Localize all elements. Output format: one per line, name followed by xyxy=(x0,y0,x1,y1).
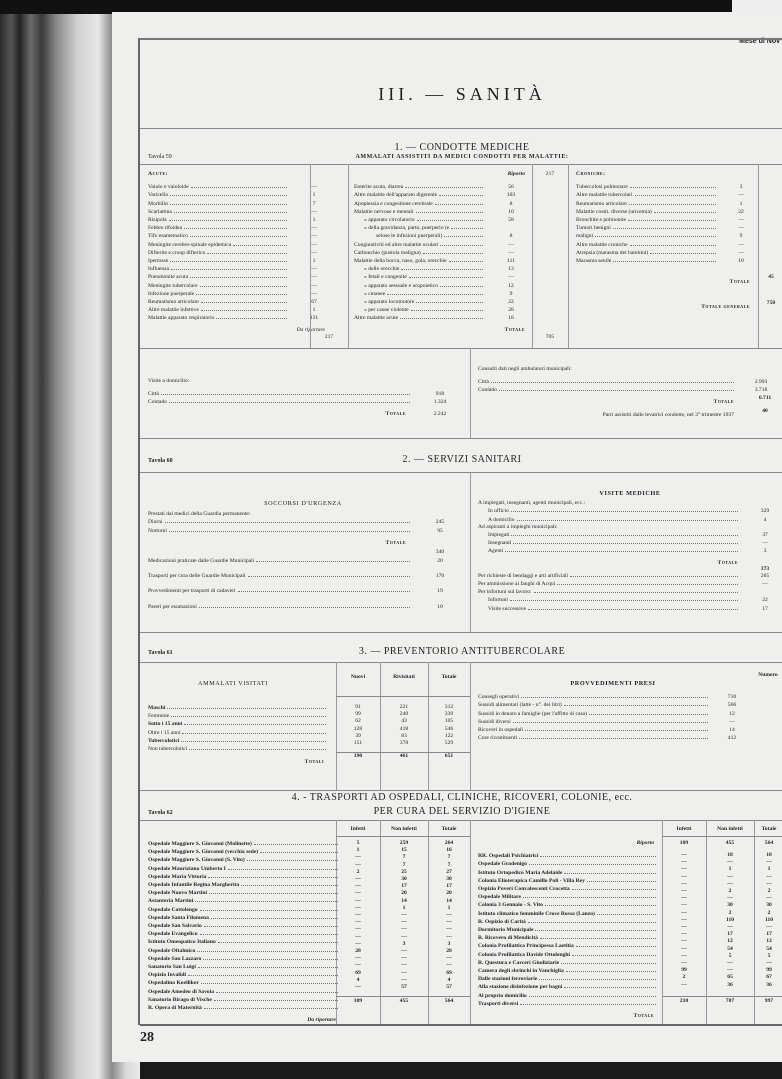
dot-leader xyxy=(228,865,338,870)
cell-value: — xyxy=(336,955,380,962)
column-header: Nuovi xyxy=(336,674,380,680)
list-item: Scarlattina— xyxy=(148,208,333,216)
row-label: R. Questura e Carceri Giudiziarie xyxy=(478,960,559,967)
consults-label: Consulti dati negli ambulatori municipal… xyxy=(478,366,778,373)
dot-leader xyxy=(423,249,483,254)
row-label: Oltre i 15 anni xyxy=(148,730,180,737)
item-label: Pareri per esumazioni xyxy=(148,604,197,611)
dot-leader xyxy=(190,232,287,237)
item-label: Impiegati xyxy=(488,532,509,539)
item-value: — xyxy=(493,242,529,249)
dot-leader xyxy=(613,224,716,229)
dot-leader xyxy=(650,249,716,254)
item-label: Altre malattie infettive xyxy=(148,307,199,314)
table-row: Alla stazione disinfezione per bagni xyxy=(478,983,658,991)
cell-value: — xyxy=(428,912,470,919)
dot-leader xyxy=(195,897,338,902)
row-label: Sotto i 15 anni xyxy=(148,721,182,728)
dot-leader xyxy=(491,378,734,383)
dot-leader xyxy=(218,938,338,943)
cell-value: 378 xyxy=(380,740,428,747)
item-label: Cure ricostituenti xyxy=(478,735,517,742)
item-label: Per richieste di bendaggi e arti artific… xyxy=(478,573,568,580)
divider xyxy=(662,836,782,837)
list-item: selose le infezioni puerperali)8 xyxy=(354,232,529,240)
list-item: » apparato locomotore22 xyxy=(354,298,529,306)
list-item: Atrepsia (marasma dei bambini)— xyxy=(576,249,754,257)
dot-leader xyxy=(254,840,338,845)
cell-value: — xyxy=(706,881,754,888)
table-row: Istituto Ortopedico Maria Adelaide xyxy=(478,869,658,877)
dot-leader xyxy=(238,587,410,592)
item-label: Bronchite e polmonite xyxy=(576,217,626,224)
item-label: Città xyxy=(148,391,159,398)
item-label: Contado xyxy=(148,399,167,406)
list-item: Provvedimenti per trasporti di cadaveri1… xyxy=(148,587,458,595)
cell-value: — xyxy=(662,852,706,859)
row-label: Astanteria Martini xyxy=(148,898,193,905)
cell-value: — xyxy=(662,910,706,917)
dot-leader xyxy=(387,290,483,295)
part-title: III. — SANITÀ xyxy=(140,84,782,105)
list-item: » cutanee9 xyxy=(354,290,529,298)
item-label: Influenza xyxy=(148,266,169,273)
list-item: » apparato circolatorio58 xyxy=(354,216,529,224)
row-label: R. Ricovero di Mendicità xyxy=(478,935,538,942)
column-header: Totale xyxy=(754,826,782,832)
list-item: Città918 xyxy=(148,390,458,398)
table-row: Ospedale Amedeo di Savoia xyxy=(148,988,340,996)
item-value: — xyxy=(295,184,333,191)
cell-value: 110 xyxy=(754,917,782,924)
soccorsi-other: Medicazioni praticate dalle Guardie Muni… xyxy=(148,557,458,611)
item-label: In ufficio xyxy=(488,508,509,515)
t62-rows-2: RR. Ospedali PsichiatriciOspedale Graden… xyxy=(478,852,658,1008)
item-label: Pneumonite acuta xyxy=(148,274,188,281)
item-value: — xyxy=(295,266,333,273)
dot-leader xyxy=(535,926,656,931)
row-label: Ospedale Santa Filomena xyxy=(148,915,209,922)
dot-leader xyxy=(170,257,287,262)
row-label: Ospedale Maggiore S. Giovanni (Molinette… xyxy=(148,841,252,848)
dot-leader xyxy=(628,216,716,221)
item-value: 1 xyxy=(295,307,333,314)
list-item: Vaiolo e vaioloide— xyxy=(148,183,333,191)
item-value: 18 xyxy=(493,315,529,322)
acute-label: Acute: xyxy=(148,171,333,178)
dot-leader xyxy=(190,273,287,278)
cell-value: 221 xyxy=(380,704,428,711)
table-row: Ospedale Infantile Regina Margherita xyxy=(148,881,340,889)
cell-value: — xyxy=(662,924,706,931)
parti-label: Parti assistiti dalle levatrici condotte… xyxy=(478,412,778,419)
row-label: Ospizio Invalidi xyxy=(148,972,186,979)
item-label: Risipola xyxy=(148,217,167,224)
dot-leader xyxy=(200,282,287,287)
prestati-rows: Diurni245Notturni95 xyxy=(148,518,458,534)
item-value: 19 xyxy=(422,588,458,595)
cell-value: — xyxy=(706,960,754,967)
dot-leader xyxy=(540,934,656,939)
item-label: Scarlattina xyxy=(148,209,172,216)
dot-leader xyxy=(416,298,483,303)
list-item: Altre malattie dell'apparato digerente10… xyxy=(354,191,529,199)
dot-leader xyxy=(444,232,483,237)
table-row: Ospedalino Koelliker xyxy=(148,979,340,987)
acute-total-label: Totale xyxy=(354,327,529,334)
dot-leader xyxy=(511,507,738,512)
cell-value: — xyxy=(380,948,428,955)
row-label: Alla stazione disinfezione per bagni xyxy=(478,984,562,991)
cell-value: — xyxy=(428,962,470,969)
list-item: Altre malattie tubercolari— xyxy=(576,191,754,199)
cell-value: 17 xyxy=(428,883,470,890)
cell-value: — xyxy=(336,898,380,905)
item-label: Tubercolosi polmonare xyxy=(576,184,628,191)
list-item: Contado3.718 xyxy=(478,386,778,394)
list-item: Medicazioni praticate dalle Guardie Muni… xyxy=(148,557,458,565)
table-row: Colonia Elioterapica Camillo Poli - Vill… xyxy=(478,877,658,885)
item-label: Per ammissione ai fanghi di Acqui xyxy=(478,581,555,588)
dot-leader xyxy=(539,975,656,980)
dot-leader xyxy=(198,963,338,968)
item-label: Difterite e croup difterico xyxy=(148,250,205,257)
dot-leader xyxy=(629,200,716,205)
cell-value: 264 xyxy=(428,840,470,847)
item-value: 1.324 xyxy=(422,399,458,406)
cell-value: 7 xyxy=(380,862,428,869)
list-item: Altre malattie acute18 xyxy=(354,314,529,322)
dot-leader xyxy=(204,1004,338,1009)
table-row: Astanteria Martini xyxy=(148,897,340,905)
row-label: Istituto Omeopatico Italiano xyxy=(148,939,216,946)
total-value: 455 xyxy=(380,998,428,1005)
dot-leader xyxy=(557,580,738,585)
grand-total-label: Totale generale xyxy=(576,304,754,311)
cell-value: 18 xyxy=(754,852,782,859)
row-label: Ospedale Oftalmico xyxy=(148,948,195,955)
cell-value: 128 xyxy=(336,726,380,733)
row-label: Colonia Elioterapica Camillo Poli - Vill… xyxy=(478,878,585,885)
item-value: 8 xyxy=(493,201,529,208)
dot-leader xyxy=(521,693,708,698)
item-value: — xyxy=(728,225,754,232)
impiegati-label: A impiegati, insegnanti, agenti municipa… xyxy=(478,500,782,507)
item-label: » fetali e congenite xyxy=(364,274,407,281)
cell-value: 312 xyxy=(428,704,470,711)
cell-value: — xyxy=(380,977,428,984)
ammalati-head: AMMALATI VISITATI xyxy=(148,680,318,687)
list-item: Morbillo7 xyxy=(148,200,333,208)
item-value: 131 xyxy=(295,315,333,322)
item-label: Marasma senile xyxy=(576,258,611,265)
item-value: 8 xyxy=(493,233,529,240)
list-item: Diurni245 xyxy=(148,518,458,526)
item-label: Carbonchio (pustola maligna) xyxy=(354,250,421,257)
cell-value: 529 xyxy=(428,740,470,747)
cell-value: 2 xyxy=(754,888,782,895)
item-value: 1 xyxy=(728,201,754,208)
cell-value: 110 xyxy=(706,917,754,924)
cell-value: — xyxy=(754,881,782,888)
list-item: Città2.993 xyxy=(478,378,778,386)
item-value: 37 xyxy=(748,532,782,539)
cell-value: 57 xyxy=(380,984,428,991)
list-item: Impiegati37 xyxy=(478,531,782,539)
acute-rows-2: Enterite acuta, diarrea56Altre malattie … xyxy=(354,183,529,322)
total-value: 461 xyxy=(380,753,428,760)
cell-value: 1 xyxy=(380,905,428,912)
cell-value: 28 xyxy=(336,948,380,955)
row-label: Ospedale Maria Vittoria xyxy=(148,874,206,881)
list-item: Bronchite e polmonite— xyxy=(576,216,754,224)
table-row: Ospedale Maggiore S. Giovanni (vecchia s… xyxy=(148,848,340,856)
divider xyxy=(140,632,782,633)
page-frame: III. — SANITÀ Tavola 59 1. — CONDOTTE ME… xyxy=(138,38,782,1025)
row-label: Ospedale San Salvario xyxy=(148,923,202,930)
cell-value: — xyxy=(754,859,782,866)
prestati-label: Prestati dai medici della Guardia perman… xyxy=(148,511,458,518)
dot-leader xyxy=(216,988,338,993)
item-value: 10 xyxy=(493,209,529,216)
list-item: Sussidi in denaro a famiglie (per l'affi… xyxy=(478,710,748,718)
t62-riporto-label: Riporto xyxy=(478,840,658,847)
soccorsi-head: SOCCORSI D'URGENZA xyxy=(148,500,458,507)
row-label: Ospizio Poveri Convalescenti Crocetta xyxy=(478,886,570,893)
item-value: 9 xyxy=(493,291,529,298)
cell-value: 2 xyxy=(336,869,380,876)
list-item: Difterite e croup difterico— xyxy=(148,249,333,257)
item-value: 28 xyxy=(493,307,529,314)
dot-leader xyxy=(529,860,656,865)
table-row: R. Opera di Maternità xyxy=(148,1004,340,1012)
dot-leader xyxy=(545,901,656,906)
cell-value: — xyxy=(380,934,428,941)
section-1-title: 1. — CONDOTTE MEDICHE xyxy=(140,142,782,153)
item-value: — xyxy=(748,540,782,547)
cell-value: 25 xyxy=(380,869,428,876)
dot-leader xyxy=(572,885,656,890)
item-label: » apparato locomotore xyxy=(364,299,414,306)
list-item: Agenti3 xyxy=(478,547,782,555)
list-item: Malattie costit. diverse (uricemia)22 xyxy=(576,208,754,216)
divider xyxy=(336,996,470,997)
dot-leader xyxy=(184,224,287,229)
t61-labels: MaschiFemmineSotto i 15 anniOltre i 15 a… xyxy=(148,704,328,766)
item-label: Sussidi in denaro a famiglie (per l'affi… xyxy=(478,711,587,718)
cell-value: 1 xyxy=(754,866,782,873)
table-row: Dormitorio Municipale xyxy=(478,926,658,934)
cell-value: 7 xyxy=(428,854,470,861)
divider xyxy=(336,696,470,697)
item-label: Altre malattie acute xyxy=(354,315,398,322)
list-item: Meningite tubercolare— xyxy=(148,282,333,290)
cell-value: — xyxy=(428,955,470,962)
dot-leader xyxy=(519,734,708,739)
cell-value: 14 xyxy=(428,898,470,905)
divider xyxy=(140,820,782,821)
cell-value: 7 xyxy=(380,854,428,861)
dot-leader xyxy=(411,306,483,311)
item-value: 10 xyxy=(422,604,458,611)
dot-leader xyxy=(207,249,287,254)
cell-value: 36 xyxy=(706,982,754,989)
dot-leader xyxy=(440,241,483,246)
table-row: R. Ricovero di Mendicità xyxy=(478,934,658,942)
visite-head: VISITE MEDICHE xyxy=(478,490,782,497)
cell-value: 67 xyxy=(754,974,782,981)
dot-leader xyxy=(630,183,716,188)
column-header: Non infetti xyxy=(380,826,428,832)
item-value: 9 xyxy=(728,233,754,240)
riporto-value: 564 xyxy=(754,840,782,847)
list-item: In ufficio329 xyxy=(478,507,782,515)
item-label: Provvedimenti per trasporti di cadaveri xyxy=(148,588,236,595)
row-label: Maschi xyxy=(148,705,165,712)
row-label: Ospedale Amedeo di Savoia xyxy=(148,989,214,996)
item-value: 22 xyxy=(728,209,754,216)
item-value: 3 xyxy=(748,548,782,555)
column-header: Non infetti xyxy=(706,826,754,832)
dot-leader xyxy=(191,183,287,188)
dot-leader xyxy=(405,183,483,188)
item-value: — xyxy=(295,233,333,240)
list-item: Altre malattie croniche— xyxy=(576,241,754,249)
item-label: A domicilio xyxy=(488,517,515,524)
dot-leader xyxy=(570,572,738,577)
table-row: Al proprio domicilio xyxy=(478,992,658,1000)
item-label: Visite successive xyxy=(488,606,526,613)
total-value: 997 xyxy=(754,998,782,1005)
dot-leader xyxy=(171,712,326,717)
item-value: 95 xyxy=(422,528,458,535)
dot-leader xyxy=(440,282,483,287)
list-item: » per cause violente28 xyxy=(354,306,529,314)
cell-value: — xyxy=(754,924,782,931)
item-label: Apoplessia e congestione cerebrale xyxy=(354,201,433,208)
list-item: Marasma senile10 xyxy=(576,257,754,265)
list-item: Altre malattie infettive1 xyxy=(148,306,333,314)
col-rule xyxy=(568,164,569,348)
col-rule xyxy=(662,820,663,1024)
item-label: Città xyxy=(478,379,489,386)
provvedimenti-rows: Consegli operativi710Sussidi alimentari … xyxy=(478,693,748,742)
cell-value: 1 xyxy=(706,866,754,873)
impiegati-rows: In ufficio329A domicilio4 xyxy=(478,507,782,523)
row-label: Ospedale Militare xyxy=(478,894,521,901)
dot-leader xyxy=(589,710,708,715)
column-header: Totale xyxy=(428,826,470,832)
visits-label: Visite a domicilio: xyxy=(148,378,458,385)
row-label: Ospedale Maggiore S. Giovanni (vecchia s… xyxy=(148,849,258,856)
col-rule xyxy=(706,820,707,1024)
item-value: 4 xyxy=(748,517,782,524)
cell-value: — xyxy=(662,953,706,960)
item-value: 58 xyxy=(493,217,529,224)
cell-value: — xyxy=(662,888,706,895)
divider xyxy=(140,472,782,473)
cell-value: — xyxy=(754,874,782,881)
list-item: Malattie apparato respiratorio131 xyxy=(148,314,333,322)
item-label: Reumatismo articolare xyxy=(576,201,627,208)
list-item: Congiuntiviti ed altre malattie oculari— xyxy=(354,241,529,249)
soccorsi: SOCCORSI D'URGENZA Prestati dai medici d… xyxy=(148,500,458,618)
cell-value: 2 xyxy=(662,974,706,981)
row-label: Ospedale San Lazzaro xyxy=(148,956,201,963)
cell-value: 54 xyxy=(706,946,754,953)
item-value: 2.993 xyxy=(744,379,778,386)
col-rule xyxy=(532,164,533,348)
list-item: Per infortuni sul lavoro: xyxy=(478,588,782,596)
item-label: Meningite tubercolare xyxy=(148,283,198,290)
item-label: Malattie apparato respiratorio xyxy=(148,315,214,322)
cell-value: 30 xyxy=(706,902,754,909)
table-row: Camera degli sbrinchi in Vanchiglia xyxy=(478,967,658,975)
cell-value: 99 xyxy=(336,711,380,718)
dot-leader xyxy=(416,208,484,213)
list-item: Enterite acuta, diarrea56 xyxy=(354,183,529,191)
item-value: 1 xyxy=(295,217,333,224)
dot-leader xyxy=(184,720,326,725)
item-value: 265 xyxy=(748,573,782,580)
dot-leader xyxy=(517,516,738,521)
cell-value: — xyxy=(662,902,706,909)
row-label: Istituto Ortopedico Maria Adelaide xyxy=(478,870,562,877)
riporto-value: 455 xyxy=(706,840,754,847)
cell-value: 17 xyxy=(380,883,428,890)
item-label: Ipertosse xyxy=(148,258,168,265)
item-value: — xyxy=(728,242,754,249)
cell-value: — xyxy=(706,874,754,881)
dot-leader xyxy=(189,745,326,750)
visite-total-value: 373 xyxy=(748,566,782,573)
cell-value: 27 xyxy=(428,869,470,876)
list-item: Trasporti per cura delle Guardie Municip… xyxy=(148,572,458,580)
item-label: Enterite acuta, diarrea xyxy=(354,184,403,191)
riporto-label: Riporto xyxy=(354,171,529,178)
item-value: 170 xyxy=(422,573,458,580)
row-label: Ospedale Nuovo Martini xyxy=(148,890,207,897)
row-label: Al proprio domicilio xyxy=(478,993,527,1000)
item-label: Congiuntiviti ed altre malattie oculari xyxy=(354,242,438,249)
dot-leader xyxy=(566,967,656,972)
cell-value: — xyxy=(380,926,428,933)
list-item: Per richieste di bendaggi e arti artific… xyxy=(478,572,782,580)
dot-leader xyxy=(510,596,738,601)
cell-value: — xyxy=(336,862,380,869)
dot-leader xyxy=(572,951,656,956)
table-row: R. Questura e Carceri Giudiziarie xyxy=(478,959,658,967)
item-value: 12 xyxy=(716,711,748,718)
list-item: Malattie della bocca, naso, gola, orecch… xyxy=(354,257,529,265)
col-rule xyxy=(310,164,311,348)
dot-leader xyxy=(540,852,656,857)
table-row: Ospedale Nuovo Martini xyxy=(148,889,340,897)
list-item: Risipola1 xyxy=(148,216,333,224)
cell-value: 43 xyxy=(380,718,428,725)
row-label: Sanatorio Birago di Vische xyxy=(148,997,212,1004)
table-row: Istituto Omeopatico Italiano xyxy=(148,938,340,946)
cell-value: — xyxy=(662,960,706,967)
cell-value: 259 xyxy=(380,840,428,847)
cell-value: 339 xyxy=(428,711,470,718)
table-row: Ospedale Gradenigo xyxy=(478,860,658,868)
chronic-total-label: Totale xyxy=(576,279,754,286)
dot-leader xyxy=(417,216,483,221)
item-label: Contado xyxy=(478,387,497,394)
cell-value: — xyxy=(428,919,470,926)
dot-leader xyxy=(169,527,410,532)
